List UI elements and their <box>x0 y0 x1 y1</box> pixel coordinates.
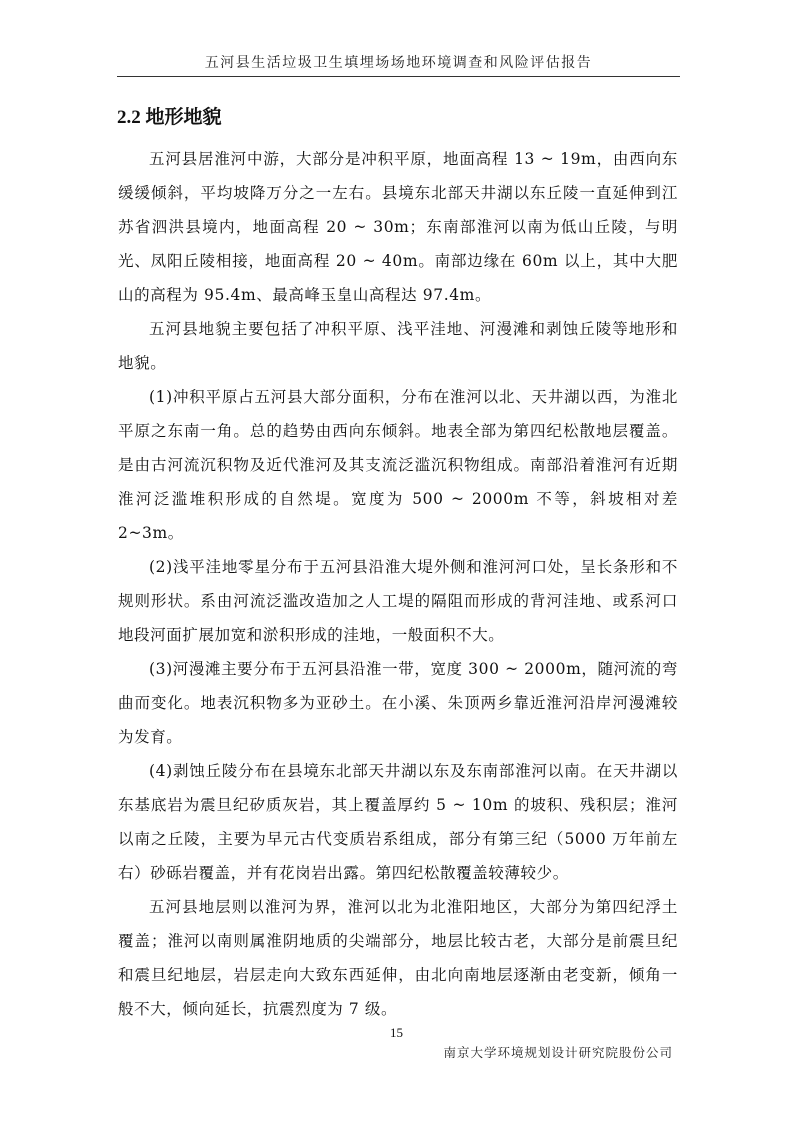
paragraph-strata: 五河县地层则以淮河为界，淮河以北为北淮阳地区，大部分为第四纪浮土覆盖；淮河以南则… <box>118 890 678 1026</box>
page-number: 15 <box>0 1025 793 1041</box>
paragraph-terrain-overview: 五河县居淮河中游，大部分是冲积平原，地面高程 13 ~ 19m，由西向东缓缓倾斜… <box>118 142 678 312</box>
footer-organization: 南京大学环境规划设计研究院股份公司 <box>443 1043 673 1061</box>
paragraph-alluvial-plain: (1)冲积平原占五河县大部分面积，分布在淮河以北、天井湖以西，为淮北平原之东南一… <box>118 380 678 550</box>
paragraph-landform-types: 五河县地貌主要包括了冲积平原、浅平洼地、河漫滩和剥蚀丘陵等地形和地貌。 <box>118 312 678 380</box>
paragraph-floodplain: (3)河漫滩主要分布于五河县沿淮一带，宽度 300 ~ 2000m，随河流的弯曲… <box>118 652 678 754</box>
running-header: 五河县生活垃圾卫生填埋场场地环境调查和风险评估报告 <box>117 52 680 72</box>
paragraph-denudation-hills: (4)剥蚀丘陵分布在县境东北部天井湖以东及东南部淮河以南。在天井湖以东基底岩为震… <box>118 754 678 890</box>
header-divider <box>117 76 680 77</box>
section-title: 2.2 地形地貌 <box>117 102 222 129</box>
paragraph-shallow-depression: (2)浅平洼地零星分布于五河县沿淮大堤外侧和淮河河口处，呈长条形和不规则形状。系… <box>118 550 678 652</box>
body-text: 五河县居淮河中游，大部分是冲积平原，地面高程 13 ~ 19m，由西向东缓缓倾斜… <box>118 142 678 1026</box>
